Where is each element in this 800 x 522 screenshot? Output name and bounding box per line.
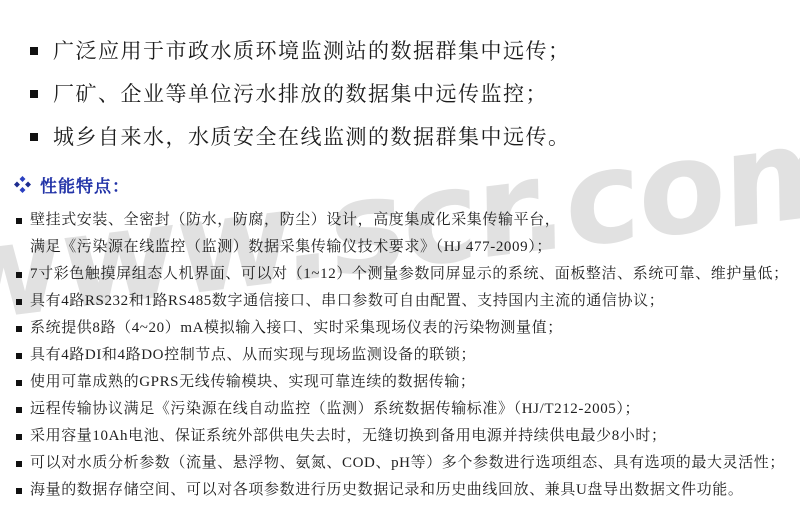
list-item: 壁挂式安装、全密封（防水，防腐，防尘）设计，高度集成化采集传输平台， 满足《污染…	[16, 207, 798, 261]
document-page: www.scr.com.cn 广泛应用于市政水质环境监测站的数据群集中远传； 厂…	[0, 0, 800, 522]
feature-text: 具有4路DI和4路DO控制节点、从而实现与现场监测设备的联锁；	[30, 342, 476, 369]
bullet-square-icon	[16, 218, 22, 224]
application-text: 广泛应用于市政水质环境监测站的数据群集中远传；	[53, 38, 571, 65]
application-text: 城乡自来水，水质安全在线监测的数据群集中远传。	[53, 124, 571, 151]
list-item: 海量的数据存储空间、可以对各项参数进行历史数据记录和历史曲线回放、兼具U盘导出数…	[16, 477, 798, 504]
feature-text: 具有4路RS232和1路RS485数字通信接口、串口参数可自由配置、支持国内主流…	[30, 288, 664, 315]
feature-text: 远程传输协议满足《污染源在线自动监控（监测）系统数据传输标准》（HJ/T212-…	[30, 396, 640, 423]
diamond-cluster-icon	[14, 176, 31, 193]
list-item: 城乡自来水，水质安全在线监测的数据群集中远传。	[30, 124, 790, 151]
feature-text: 壁挂式安装、全密封（防水，防腐，防尘）设计，高度集成化采集传输平台， 满足《污染…	[30, 207, 560, 261]
feature-text: 7寸彩色触摸屏组态人机界面、可以对（1~12）个测量参数同屏显示的系统、面板整洁…	[30, 261, 789, 288]
feature-text: 使用可靠成熟的GPRS无线传输模块、实现可靠连续的数据传输；	[30, 369, 476, 396]
bullet-square-icon	[16, 407, 22, 413]
bullet-square-icon	[30, 90, 38, 98]
bullet-square-icon	[16, 272, 22, 278]
section-heading-label: 性能特点：	[40, 172, 130, 197]
feature-text: 系统提供8路（4~20）mA模拟输入接口、实时采集现场仪表的污染物测量值；	[30, 315, 563, 342]
bullet-square-icon	[16, 299, 22, 305]
bullet-square-icon	[16, 353, 22, 359]
section-heading: 性能特点：	[14, 172, 130, 197]
list-item: 厂矿、企业等单位污水排放的数据集中远传监控；	[30, 81, 790, 108]
bullet-square-icon	[30, 47, 38, 55]
application-text: 厂矿、企业等单位污水排放的数据集中远传监控；	[53, 81, 548, 108]
bullet-square-icon	[30, 133, 38, 141]
list-item: 具有4路DI和4路DO控制节点、从而实现与现场监测设备的联锁；	[16, 342, 798, 369]
bullet-square-icon	[16, 434, 22, 440]
feature-list: 壁挂式安装、全密封（防水，防腐，防尘）设计，高度集成化采集传输平台， 满足《污染…	[16, 207, 798, 504]
application-list: 广泛应用于市政水质环境监测站的数据群集中远传； 厂矿、企业等单位污水排放的数据集…	[30, 38, 790, 167]
bullet-square-icon	[16, 461, 22, 467]
feature-text: 海量的数据存储空间、可以对各项参数进行历史数据记录和历史曲线回放、兼具U盘导出数…	[30, 477, 743, 504]
list-item: 广泛应用于市政水质环境监测站的数据群集中远传；	[30, 38, 790, 65]
bullet-square-icon	[16, 380, 22, 386]
feature-text: 采用容量10Ah电池、保证系统外部供电失去时，无缝切换到备用电源并持续供电最少8…	[30, 423, 667, 450]
list-item: 系统提供8路（4~20）mA模拟输入接口、实时采集现场仪表的污染物测量值；	[16, 315, 798, 342]
list-item: 具有4路RS232和1路RS485数字通信接口、串口参数可自由配置、支持国内主流…	[16, 288, 798, 315]
list-item: 采用容量10Ah电池、保证系统外部供电失去时，无缝切换到备用电源并持续供电最少8…	[16, 423, 798, 450]
bullet-square-icon	[16, 326, 22, 332]
list-item: 可以对水质分析参数（流量、悬浮物、氨氮、COD、pH等）多个参数进行选项组态、具…	[16, 450, 798, 477]
list-item: 远程传输协议满足《污染源在线自动监控（监测）系统数据传输标准》（HJ/T212-…	[16, 396, 798, 423]
feature-text: 可以对水质分析参数（流量、悬浮物、氨氮、COD、pH等）多个参数进行选项组态、具…	[30, 450, 785, 477]
bullet-square-icon	[16, 488, 22, 494]
list-item: 使用可靠成熟的GPRS无线传输模块、实现可靠连续的数据传输；	[16, 369, 798, 396]
list-item: 7寸彩色触摸屏组态人机界面、可以对（1~12）个测量参数同屏显示的系统、面板整洁…	[16, 261, 798, 288]
